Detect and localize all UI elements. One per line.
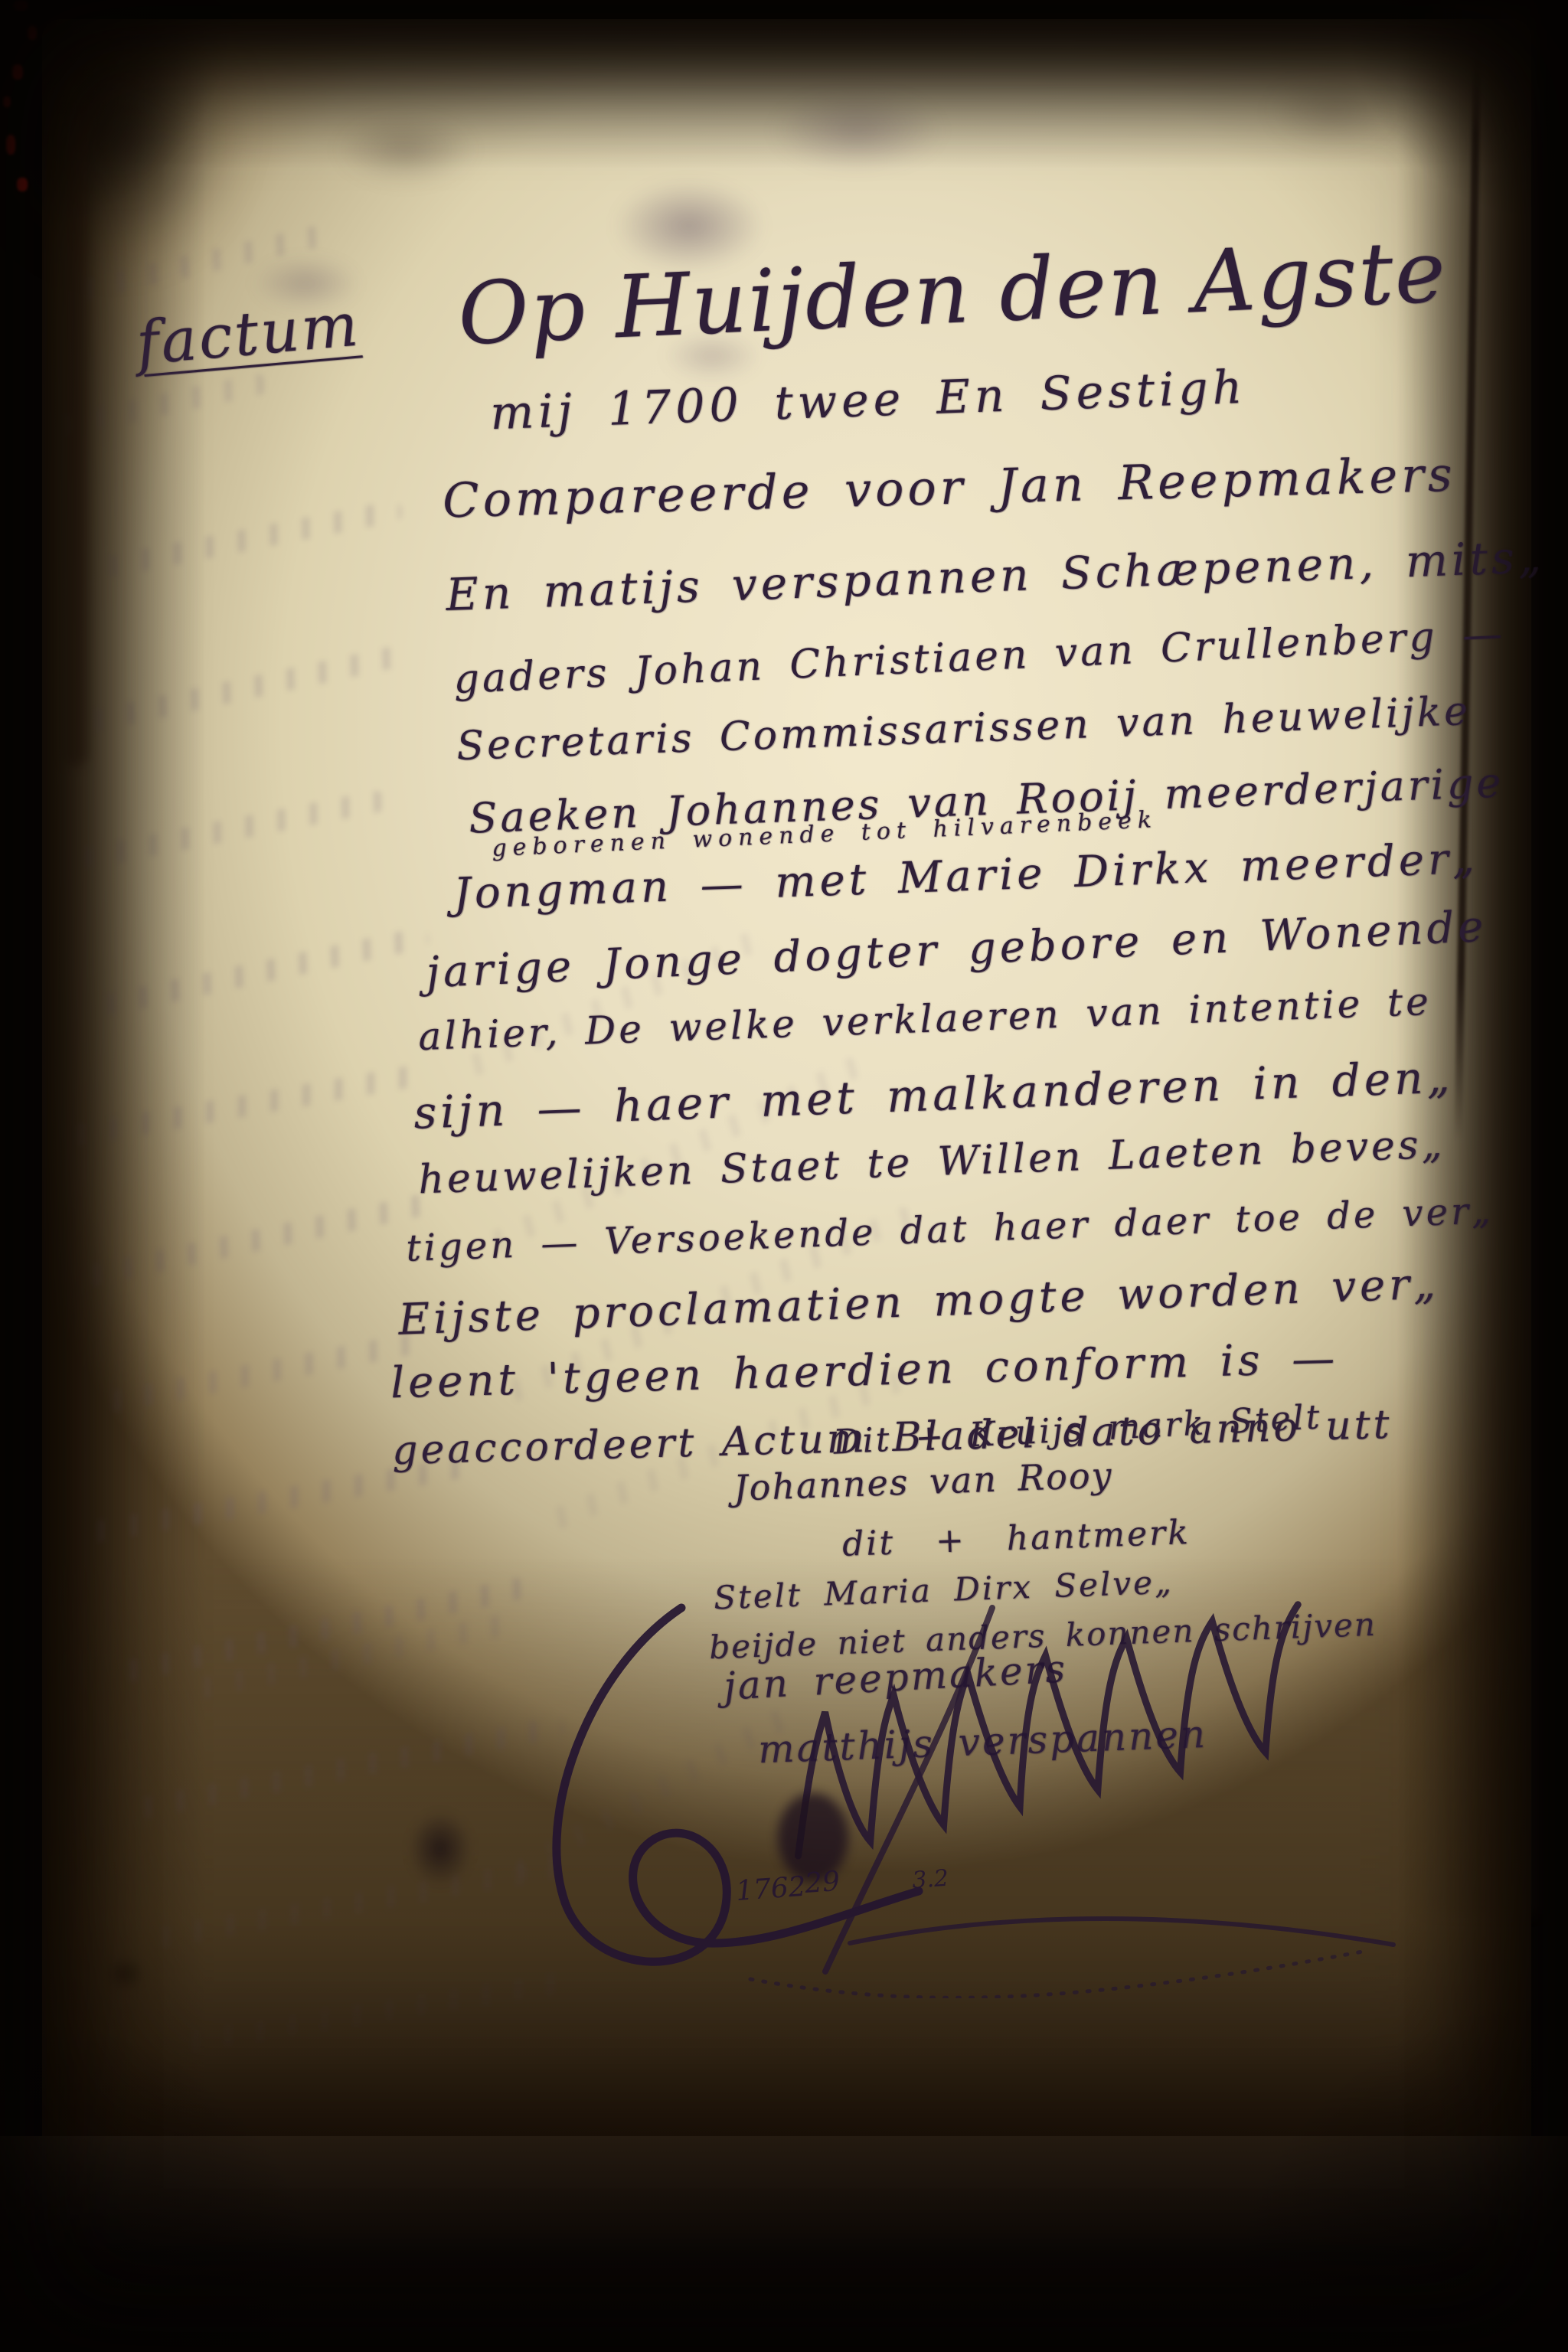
secretary-signature-flourish: 1762 29 3.2 xyxy=(521,1585,1478,1998)
signature-scribble xyxy=(772,1605,1325,1856)
flourish-number: 29 xyxy=(803,1866,841,1900)
film-red-fleck xyxy=(12,64,23,80)
flourish-number: 3.2 xyxy=(911,1865,949,1894)
film-red-fleck xyxy=(3,96,11,107)
film-red-fleck xyxy=(28,26,37,40)
film-red-fleck xyxy=(14,0,28,11)
microfilm-photo: factum Op Huijden den Agste mij 1700 twe… xyxy=(0,0,1568,2352)
flourish-dotted-sweep xyxy=(750,1951,1367,1998)
photo-bottom-shadow xyxy=(0,2136,1568,2352)
flourish-number: 1762 xyxy=(735,1871,807,1907)
film-red-fleck xyxy=(17,178,28,191)
flourish-cross-stroke xyxy=(825,1608,992,1971)
film-red-fleck xyxy=(6,135,15,155)
flourish-underline xyxy=(850,1919,1393,1945)
flourish-loop xyxy=(557,1608,919,1962)
